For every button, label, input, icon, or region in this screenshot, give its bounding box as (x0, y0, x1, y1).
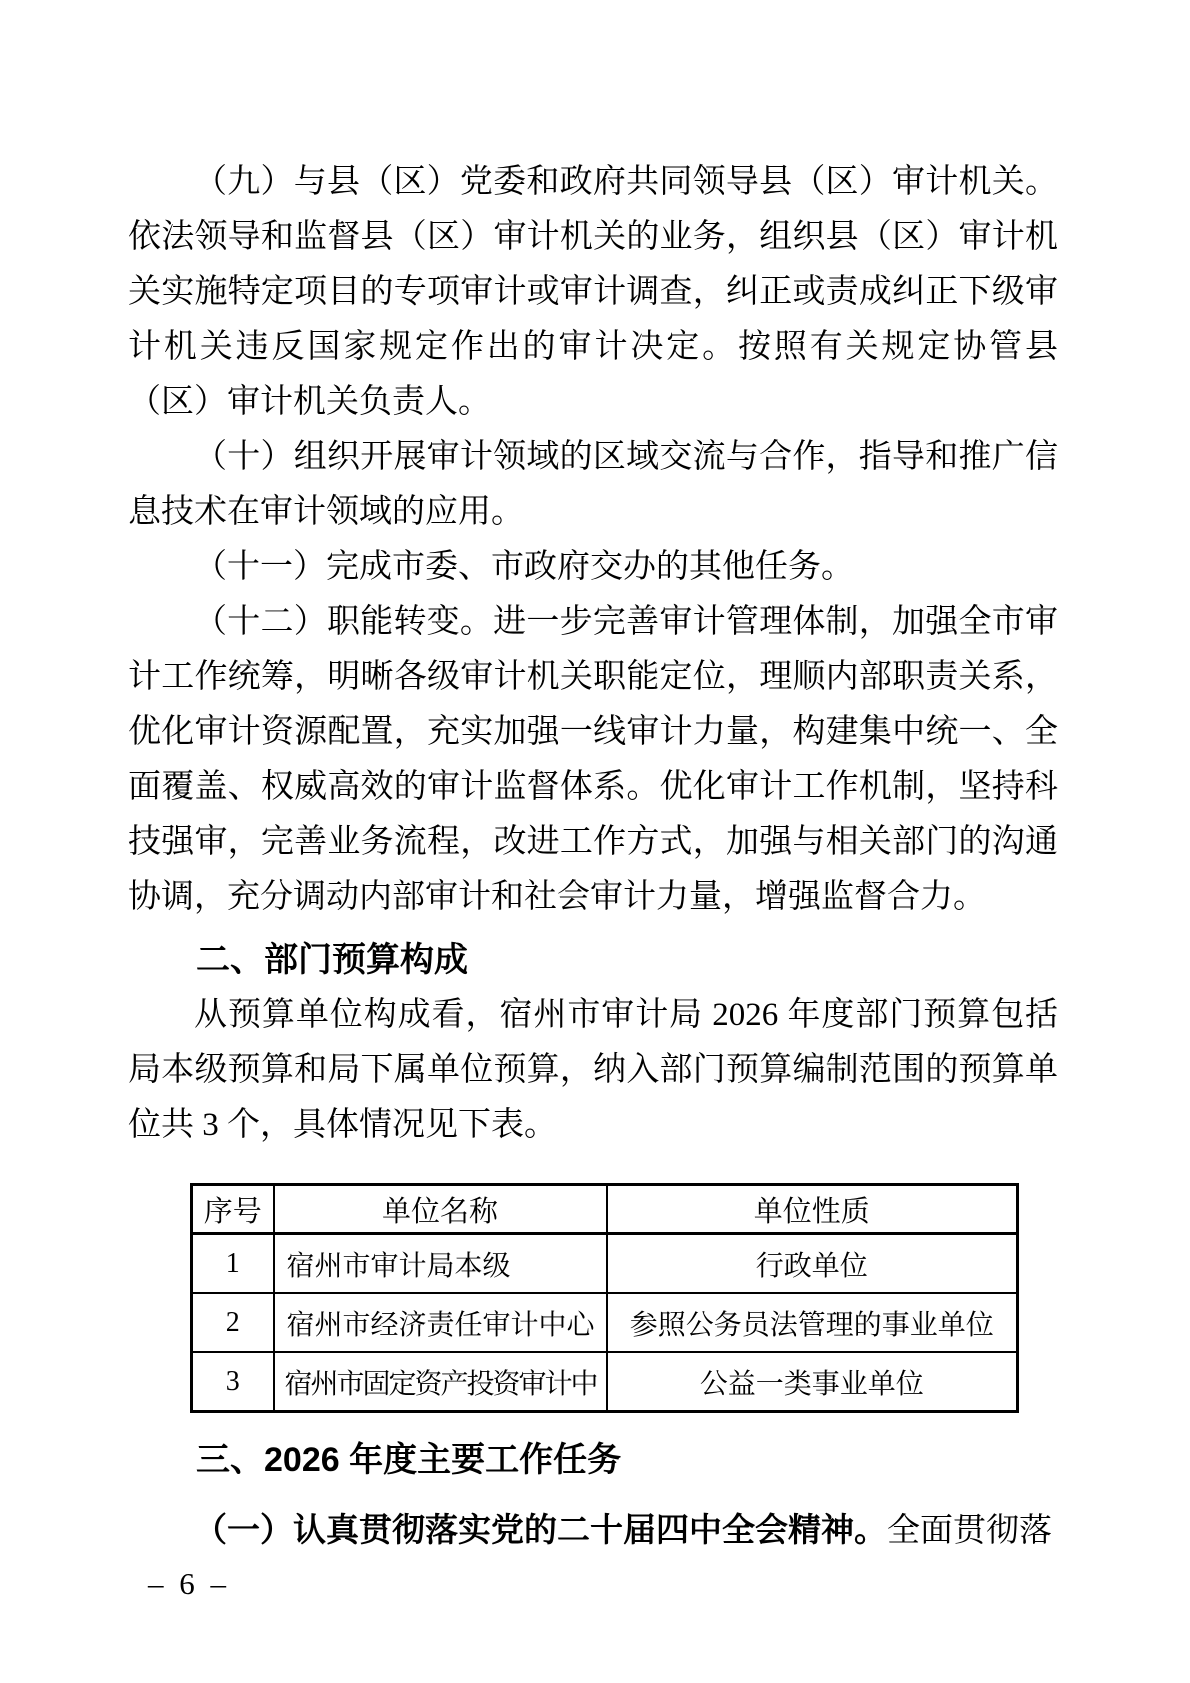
table-header-row: 序号 单位名称 单位性质 (192, 1185, 1018, 1234)
page-number: – 6 – (148, 1566, 230, 1602)
section-heading-budget-composition: 二、部门预算构成 (128, 933, 1058, 988)
cell-unit-type: 行政单位 (607, 1234, 1018, 1294)
column-header-unit-name: 单位名称 (274, 1185, 607, 1234)
cell-seq: 2 (192, 1293, 274, 1352)
paragraph-task-1: （一）认真贯彻落实党的二十届四中全会精神。全面贯彻落 (128, 1504, 1058, 1559)
paragraph-duty-11: （十一）完成市委、市政府交办的其他任务。 (128, 540, 1058, 595)
table-row: 3 宿州市固定资产投资审计中 公益一类事业单位 (192, 1352, 1018, 1412)
cell-unit-name: 宿州市经济责任审计中心 (274, 1293, 607, 1352)
cell-unit-name: 宿州市审计局本级 (274, 1234, 607, 1294)
document-body: （九）与县（区）党委和政府共同领导县（区）审计机关。依法领导和监督县（区）审计机… (128, 155, 1058, 1559)
cell-unit-name: 宿州市固定资产投资审计中 (274, 1352, 607, 1412)
column-header-seq: 序号 (192, 1185, 274, 1234)
cell-seq: 3 (192, 1352, 274, 1412)
cell-unit-type: 参照公务员法管理的事业单位 (607, 1293, 1018, 1352)
task-1-bold-lead: （一）认真贯彻落实党的二十届四中全会精神。 (194, 1513, 887, 1549)
task-1-rest: 全面贯彻落 (887, 1513, 1052, 1549)
section-heading-work-tasks: 三、2026 年度主要工作任务 (128, 1433, 1058, 1488)
table-row: 1 宿州市审计局本级 行政单位 (192, 1234, 1018, 1294)
paragraph-duty-9: （九）与县（区）党委和政府共同领导县（区）审计机关。依法领导和监督县（区）审计机… (128, 155, 1058, 430)
column-header-unit-type: 单位性质 (607, 1185, 1018, 1234)
document-page: （九）与县（区）党委和政府共同领导县（区）审计机关。依法领导和监督县（区）审计机… (0, 0, 1190, 1683)
budget-units-table: 序号 单位名称 单位性质 1 宿州市审计局本级 行政单位 2 宿州市经济责任审计… (190, 1183, 1019, 1413)
paragraph-budget-intro: 从预算单位构成看，宿州市审计局 2026 年度部门预算包括局本级预算和局下属单位… (128, 988, 1058, 1153)
paragraph-duty-10: （十）组织开展审计领域的区域交流与合作，指导和推广信息技术在审计领域的应用。 (128, 430, 1058, 540)
cell-unit-type: 公益一类事业单位 (607, 1352, 1018, 1412)
cell-seq: 1 (192, 1234, 274, 1294)
paragraph-duty-12: （十二）职能转变。进一步完善审计管理体制，加强全市审计工作统筹，明晰各级审计机关… (128, 595, 1058, 925)
table-row: 2 宿州市经济责任审计中心 参照公务员法管理的事业单位 (192, 1293, 1018, 1352)
